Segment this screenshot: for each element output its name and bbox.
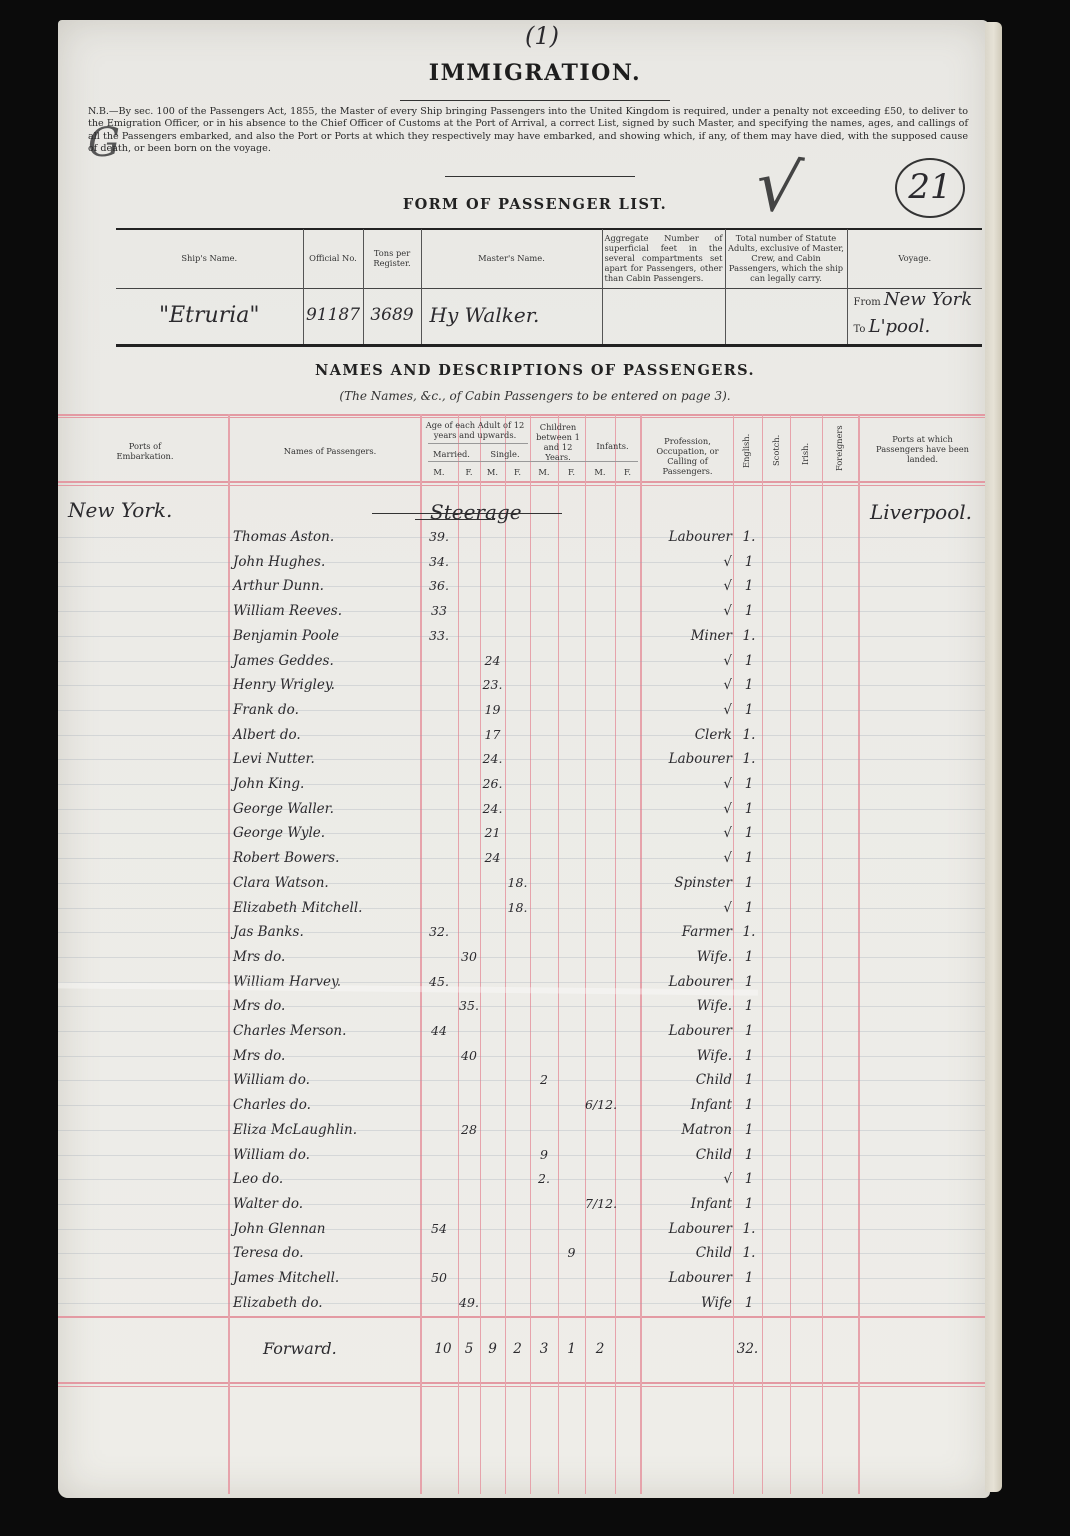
nationality-english-count: 1 <box>738 993 760 1018</box>
passenger-name: Charles Merson. <box>233 1018 346 1043</box>
nationality-english-count: 1 <box>738 895 760 920</box>
header-voyage: Voyage. <box>847 229 982 286</box>
age-im <box>585 771 615 796</box>
passenger-name: John Glennan <box>233 1216 325 1241</box>
passenger-row: Frank do.19√1 <box>58 697 985 722</box>
age-sf <box>505 1092 530 1117</box>
header-m: M. <box>585 467 615 477</box>
age-im <box>585 993 615 1018</box>
header-ship-name: Ship's Name. <box>116 229 303 286</box>
passenger-profession: Wife. <box>642 1043 732 1068</box>
age-mm <box>420 845 458 870</box>
age-mm <box>420 1067 458 1092</box>
age-im <box>585 573 615 598</box>
passenger-profession: √ <box>642 895 732 920</box>
age-mf <box>458 573 480 598</box>
age-if <box>615 1092 640 1117</box>
nationality-english-count: 1 <box>738 1018 760 1043</box>
age-cf <box>558 697 585 722</box>
age-sf <box>505 598 530 623</box>
age-sm: 24. <box>480 796 505 821</box>
age-mf <box>458 1265 480 1290</box>
passenger-name: Mrs do. <box>233 993 285 1018</box>
age-sf: 18. <box>505 895 530 920</box>
age-if <box>615 672 640 697</box>
age-mf <box>458 1142 480 1167</box>
nationality-english-count: 1 <box>738 1067 760 1092</box>
passenger-name: John King. <box>233 771 304 796</box>
passenger-row: Elizabeth Mitchell.18.√1 <box>58 895 985 920</box>
age-cf <box>558 524 585 549</box>
age-sf <box>505 623 530 648</box>
passenger-row: John King.26.√1 <box>58 771 985 796</box>
age-im <box>585 672 615 697</box>
passenger-profession: √ <box>642 820 732 845</box>
passenger-row: William do.2Child1 <box>58 1067 985 1092</box>
age-mm: 32. <box>420 919 458 944</box>
age-cf <box>558 919 585 944</box>
age-cm <box>530 944 558 969</box>
bottom-rule-2 <box>58 1386 985 1387</box>
forward-totals-row: Forward. 10 5 9 2 3 1 2 32. <box>58 1336 985 1361</box>
age-mm: 33 <box>420 598 458 623</box>
age-cf <box>558 1290 585 1315</box>
age-mf <box>458 746 480 771</box>
age-cf <box>558 796 585 821</box>
age-sm <box>480 1166 505 1191</box>
age-cf <box>558 1166 585 1191</box>
passenger-name: Mrs do. <box>233 944 285 969</box>
passenger-profession: Infant <box>642 1191 732 1216</box>
port-landed: Liverpool. <box>870 500 972 524</box>
passenger-row: Robert Bowers.24√1 <box>58 845 985 870</box>
age-sf <box>505 771 530 796</box>
age-cm <box>530 1290 558 1315</box>
age-sf <box>505 845 530 870</box>
passenger-profession: Miner <box>642 623 732 648</box>
passenger-profession: √ <box>642 1166 732 1191</box>
age-sf <box>505 648 530 673</box>
passenger-name: Levi Nutter. <box>233 746 315 771</box>
passenger-row: Mrs do.35.Wife.1 <box>58 993 985 1018</box>
tons-value: 3689 <box>363 286 421 344</box>
age-im <box>585 845 615 870</box>
nationality-english-count: 1 <box>738 1166 760 1191</box>
age-if <box>615 771 640 796</box>
age-sf <box>505 1142 530 1167</box>
passenger-row: Teresa do.9Child1. <box>58 1240 985 1265</box>
ship-table-bottom-rule <box>116 344 982 347</box>
age-im <box>585 623 615 648</box>
passenger-profession: Labourer <box>642 524 732 549</box>
header-f: F. <box>505 467 530 477</box>
age-im <box>585 1043 615 1068</box>
passenger-row: Leo do.2.√1 <box>58 1166 985 1191</box>
age-cf <box>558 623 585 648</box>
age-cf <box>558 1142 585 1167</box>
passenger-profession: √ <box>642 648 732 673</box>
age-cm <box>530 895 558 920</box>
age-cf <box>558 820 585 845</box>
age-cf <box>558 746 585 771</box>
age-sm: 21 <box>480 820 505 845</box>
passenger-name: Teresa do. <box>233 1240 303 1265</box>
age-im <box>585 598 615 623</box>
age-if <box>615 1290 640 1315</box>
passenger-name: Benjamin Poole <box>233 623 339 648</box>
age-mm <box>420 1043 458 1068</box>
age-sm <box>480 1067 505 1092</box>
age-cf <box>558 549 585 574</box>
passenger-profession: √ <box>642 796 732 821</box>
age-sf <box>505 1191 530 1216</box>
form-title: FORM OF PASSENGER LIST. <box>0 196 1070 213</box>
age-mm <box>420 944 458 969</box>
age-cm <box>530 919 558 944</box>
age-im <box>585 895 615 920</box>
age-sf <box>505 549 530 574</box>
nationality-english-count: 1 <box>738 549 760 574</box>
age-im <box>585 1067 615 1092</box>
age-sf <box>505 1265 530 1290</box>
age-mf <box>458 771 480 796</box>
passenger-name: William Reeves. <box>233 598 342 623</box>
age-im <box>585 524 615 549</box>
statute-adults-value <box>725 286 847 344</box>
age-mf <box>458 722 480 747</box>
age-sf <box>505 1166 530 1191</box>
passenger-profession: Wife. <box>642 993 732 1018</box>
passenger-name: William do. <box>233 1142 310 1167</box>
age-if <box>615 820 640 845</box>
age-if <box>615 1043 640 1068</box>
age-sm <box>480 1018 505 1043</box>
passenger-name: Eliza McLaughlin. <box>233 1117 357 1142</box>
passenger-name: William do. <box>233 1067 310 1092</box>
age-sm <box>480 1240 505 1265</box>
age-mm: 39. <box>420 524 458 549</box>
header-profession: Profession, Occupation, or Calling of Pa… <box>645 436 730 476</box>
age-if <box>615 524 640 549</box>
age-sm <box>480 1216 505 1241</box>
age-cm <box>530 870 558 895</box>
age-cf <box>558 1092 585 1117</box>
passenger-row: William Reeves.33√1 <box>58 598 985 623</box>
age-sm <box>480 1191 505 1216</box>
nb-notice: N.B.—By sec. 100 of the Passengers Act, … <box>88 106 968 155</box>
passenger-profession: Spinster <box>642 870 732 895</box>
age-im <box>585 1265 615 1290</box>
official-no-value: 91187 <box>303 286 363 344</box>
passenger-name: Walter do. <box>233 1191 303 1216</box>
age-mm <box>420 895 458 920</box>
age-mf <box>458 1216 480 1241</box>
age-mf <box>458 796 480 821</box>
age-cm <box>530 820 558 845</box>
passenger-profession: Wife. <box>642 944 732 969</box>
totals-rule <box>58 1316 985 1318</box>
passenger-row: Henry Wrigley.23.√1 <box>58 672 985 697</box>
age-cf <box>558 870 585 895</box>
age-if <box>615 796 640 821</box>
forward-children-f: 1 <box>558 1336 585 1361</box>
forward-label: Forward. <box>263 1336 337 1361</box>
age-sm <box>480 1265 505 1290</box>
age-sm <box>480 573 505 598</box>
age-mf: 40 <box>458 1043 480 1068</box>
age-cm <box>530 697 558 722</box>
age-mm <box>420 1240 458 1265</box>
passenger-row: Arthur Dunn.36.√1 <box>58 573 985 598</box>
age-if <box>615 944 640 969</box>
age-sm <box>480 623 505 648</box>
age-mf <box>458 1240 480 1265</box>
voyage-to: L'pool. <box>869 316 931 337</box>
age-if <box>615 870 640 895</box>
age-if <box>615 623 640 648</box>
age-cf <box>558 573 585 598</box>
age-cm <box>530 573 558 598</box>
header-f: F. <box>558 467 585 477</box>
voyage-from: New York <box>884 289 972 310</box>
master-name-value: Hy Walker. <box>421 286 602 344</box>
age-im <box>585 820 615 845</box>
passenger-name: Arthur Dunn. <box>233 573 324 598</box>
age-sm <box>480 895 505 920</box>
age-mf <box>458 648 480 673</box>
passenger-profession: √ <box>642 598 732 623</box>
header-english: English. <box>741 428 753 473</box>
age-mf <box>458 845 480 870</box>
age-mf <box>458 549 480 574</box>
age-mm <box>420 697 458 722</box>
age-if <box>615 549 640 574</box>
age-cm <box>530 1018 558 1043</box>
header-m: M. <box>420 467 458 477</box>
passenger-row: Charles Merson.44Labourer1 <box>58 1018 985 1043</box>
passenger-row: Levi Nutter.24.Labourer1. <box>58 746 985 771</box>
header-ports-landed: Ports at which Passengers have been land… <box>875 434 970 464</box>
nationality-english-count: 1 <box>738 1043 760 1068</box>
age-mm: 34. <box>420 549 458 574</box>
age-mm <box>420 1191 458 1216</box>
nationality-english-count: 1 <box>738 1092 760 1117</box>
age-im: 6/12. <box>585 1092 615 1117</box>
age-sf <box>505 672 530 697</box>
passenger-row: James Mitchell.50Labourer1 <box>58 1265 985 1290</box>
nationality-english-count: 1 <box>738 598 760 623</box>
passenger-row: Clara Watson.18.Spinster1 <box>58 870 985 895</box>
age-if <box>615 919 640 944</box>
passenger-row: Charles do.6/12.Infant1 <box>58 1092 985 1117</box>
passenger-profession: Wife <box>642 1290 732 1315</box>
age-sf <box>505 1117 530 1142</box>
age-if <box>615 648 640 673</box>
passenger-row: James Geddes.24√1 <box>58 648 985 673</box>
age-cm <box>530 1265 558 1290</box>
port-of-embarkation: New York. <box>68 498 172 522</box>
class-heading-underline <box>415 519 495 520</box>
age-mf <box>458 623 480 648</box>
header-f: F. <box>615 467 640 477</box>
nationality-english-count: 1 <box>738 1191 760 1216</box>
aggregate-value <box>602 286 725 344</box>
passenger-row: George Waller.24.√1 <box>58 796 985 821</box>
age-mm <box>420 722 458 747</box>
passenger-profession: √ <box>642 672 732 697</box>
age-mf <box>458 1191 480 1216</box>
age-mm <box>420 1142 458 1167</box>
nationality-english-count: 1. <box>738 623 760 648</box>
age-cf <box>558 845 585 870</box>
age-im <box>585 870 615 895</box>
forward-english: 32. <box>733 1336 762 1361</box>
passenger-row: Thomas Aston.39.Labourer1. <box>58 524 985 549</box>
age-sf <box>505 944 530 969</box>
age-mf: 28 <box>458 1117 480 1142</box>
nationality-english-count: 1 <box>738 672 760 697</box>
nationality-english-count: 1 <box>738 1117 760 1142</box>
age-mm: 44 <box>420 1018 458 1043</box>
passenger-name: Elizabeth Mitchell. <box>233 895 362 920</box>
age-cf <box>558 598 585 623</box>
passenger-row: Elizabeth do.49.Wife1 <box>58 1290 985 1315</box>
age-sf <box>505 573 530 598</box>
header-names: Names of Passengers. <box>265 446 395 456</box>
age-if <box>615 993 640 1018</box>
header-m: M. <box>480 467 505 477</box>
age-mm <box>420 1117 458 1142</box>
age-if <box>615 1067 640 1092</box>
passenger-name: Frank do. <box>233 697 299 722</box>
nationality-english-count: 1. <box>738 722 760 747</box>
header-statute-adults: Total number of Statute Adults, exclusiv… <box>725 229 847 286</box>
age-cf <box>558 672 585 697</box>
passenger-row: Eliza McLaughlin.28Matron1 <box>58 1117 985 1142</box>
class-heading: Steerage <box>430 500 522 524</box>
age-cm: 9 <box>530 1142 558 1167</box>
age-sm: 17 <box>480 722 505 747</box>
passenger-row: Albert do.17Clerk1. <box>58 722 985 747</box>
age-mf <box>458 870 480 895</box>
nationality-english-count: 1. <box>738 524 760 549</box>
voyage-value: From New York To L'pool. <box>847 286 982 344</box>
age-mm <box>420 870 458 895</box>
nationality-english-count: 1 <box>738 1142 760 1167</box>
age-sf <box>505 919 530 944</box>
age-sf <box>505 796 530 821</box>
age-im: 7/12. <box>585 1191 615 1216</box>
age-sf <box>505 1043 530 1068</box>
age-cf <box>558 648 585 673</box>
age-cm <box>530 598 558 623</box>
age-cm <box>530 1092 558 1117</box>
age-if <box>615 1216 640 1241</box>
passenger-profession: √ <box>642 697 732 722</box>
age-sm: 23. <box>480 672 505 697</box>
header-infants: Infants. <box>585 441 640 451</box>
passenger-profession: Labourer <box>642 1018 732 1043</box>
nationality-english-count: 1 <box>738 944 760 969</box>
age-cf <box>558 1265 585 1290</box>
nationality-english-count: 1 <box>738 845 760 870</box>
age-im <box>585 648 615 673</box>
header-aggregate: Aggregate Number of superficial feet in … <box>602 229 725 286</box>
passenger-profession: Clerk <box>642 722 732 747</box>
age-cf <box>558 895 585 920</box>
passengers-section-title: NAMES AND DESCRIPTIONS OF PASSENGERS. <box>0 362 1070 379</box>
header-master: Master's Name. <box>421 229 602 286</box>
age-mm <box>420 1092 458 1117</box>
nationality-english-count: 1 <box>738 1265 760 1290</box>
age-mm: 33. <box>420 623 458 648</box>
age-if <box>615 1166 640 1191</box>
age-im <box>585 1290 615 1315</box>
adult-age-subrule <box>428 443 528 444</box>
nationality-english-count: 1. <box>738 919 760 944</box>
age-cm <box>530 1240 558 1265</box>
age-im <box>585 1018 615 1043</box>
nationality-english-count: 1 <box>738 796 760 821</box>
age-sf: 18. <box>505 870 530 895</box>
nationality-english-count: 1. <box>738 746 760 771</box>
passengers-section-subtitle: (The Names, &c., of Cabin Passengers to … <box>0 389 1070 403</box>
age-if <box>615 895 640 920</box>
age-cm <box>530 746 558 771</box>
age-mf <box>458 1166 480 1191</box>
age-mm <box>420 820 458 845</box>
age-mm <box>420 771 458 796</box>
age-cf <box>558 722 585 747</box>
passenger-name: Henry Wrigley. <box>233 672 335 697</box>
age-if <box>615 573 640 598</box>
age-cf <box>558 771 585 796</box>
age-if <box>615 598 640 623</box>
passenger-name: George Waller. <box>233 796 334 821</box>
nationality-english-count: 1 <box>738 820 760 845</box>
age-im <box>585 1240 615 1265</box>
age-if <box>615 1191 640 1216</box>
age-if <box>615 746 640 771</box>
nationality-english-count: 1 <box>738 648 760 673</box>
passenger-row: Jas Banks.32.Farmer1. <box>58 919 985 944</box>
passenger-profession: Matron <box>642 1117 732 1142</box>
age-if <box>615 1265 640 1290</box>
age-im <box>585 722 615 747</box>
age-sm: 19 <box>480 697 505 722</box>
age-sf <box>505 1240 530 1265</box>
age-cf <box>558 1043 585 1068</box>
age-mm: 50 <box>420 1265 458 1290</box>
age-sm <box>480 993 505 1018</box>
age-cm <box>530 1216 558 1241</box>
age-cm <box>530 672 558 697</box>
passenger-profession: Labourer <box>642 746 732 771</box>
passenger-row: John Hughes.34.√1 <box>58 549 985 574</box>
age-cm <box>530 623 558 648</box>
age-cf <box>558 1216 585 1241</box>
age-cf: 9 <box>558 1240 585 1265</box>
forward-married-m: 10 <box>428 1336 458 1361</box>
age-cm <box>530 1117 558 1142</box>
passenger-name: John Hughes. <box>233 549 325 574</box>
age-mf <box>458 1018 480 1043</box>
age-cf <box>558 1191 585 1216</box>
passenger-row: George Wyle.21√1 <box>58 820 985 845</box>
passenger-name: Robert Bowers. <box>233 845 339 870</box>
age-sf <box>505 993 530 1018</box>
age-sm <box>480 870 505 895</box>
